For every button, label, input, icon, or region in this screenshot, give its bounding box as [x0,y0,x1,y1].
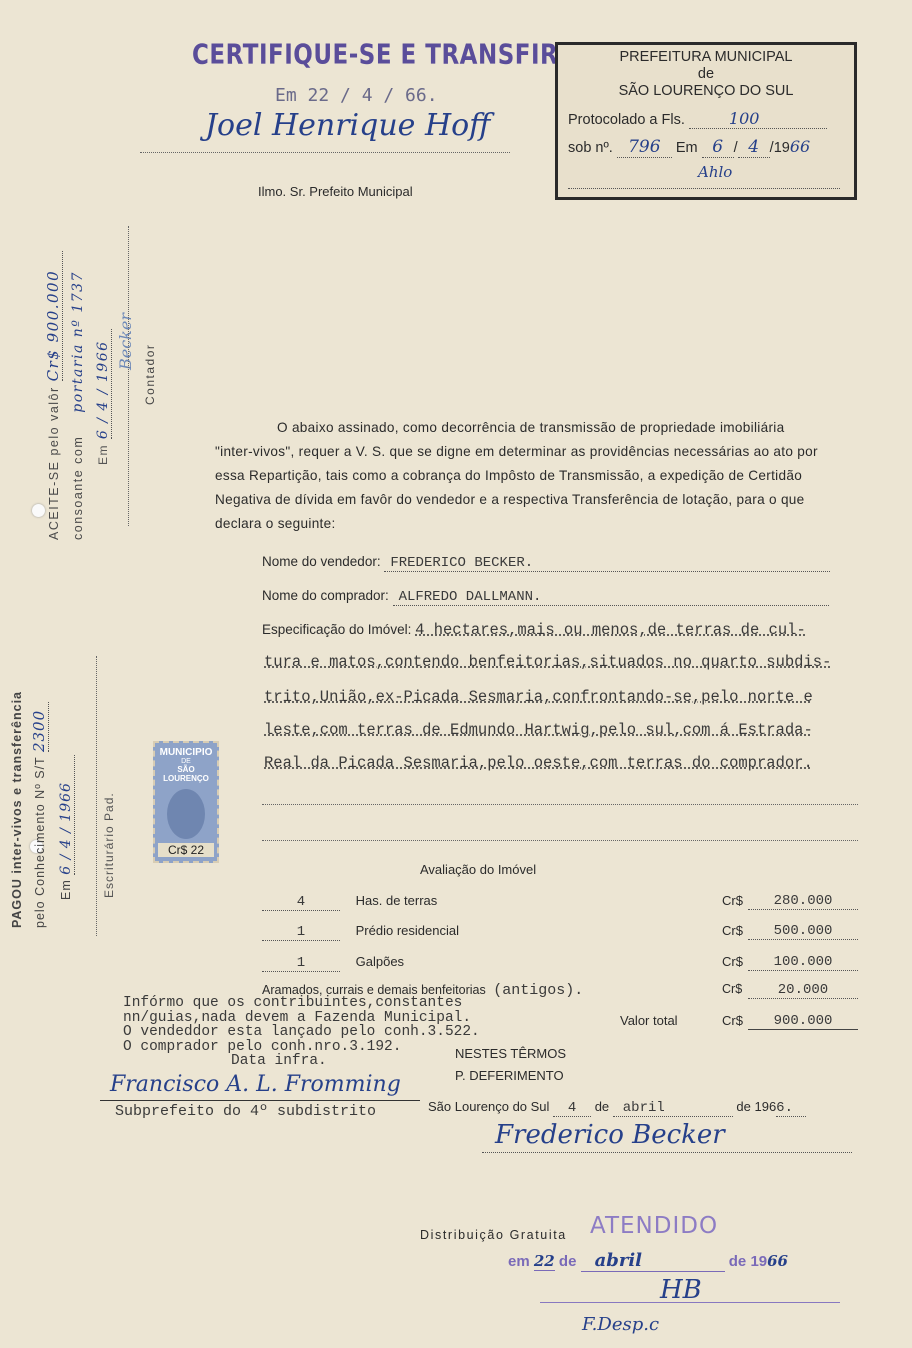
note-line: nn/guias,nada devem a Fazenda Municipal. [123,1011,480,1026]
box-title-2: de [558,66,854,82]
spec-line: Real da Picada Sesmaria,pelo oeste,com t… [264,754,813,772]
stamp-em: em [508,1253,530,1270]
month-value: 4 [748,137,759,157]
closing-line-1: NESTES TÊRMOS [455,1046,566,1061]
stamp-day: 22 [534,1252,555,1271]
em-line-top: Em 6 / 4 / 1966 [95,329,112,465]
closing-line-2: P. DEFERIMENTO [455,1068,564,1083]
distribution-label: Distribuição Gratuita [420,1228,567,1242]
valuation-value: 100.000 [748,954,858,971]
escriturario-label: Escriturário Pad. [102,792,116,898]
date-place-row: São Lourenço do Sul 4 de abril de 1966. [428,1099,806,1117]
em-value-bottom: 6 / 4 / 1966 [58,755,75,875]
valuation-row: 1 Galpões Cr$ 100.000 [262,954,858,972]
box-title-3: SÃO LOURENÇO DO SUL [558,83,854,99]
top-signature: Joel Henrique Hoff [205,108,490,143]
spec-row: Especificação do Imóvel: 4 hectares,mais… [262,621,806,639]
note-line: O comprador pelo conh.nro.3.192. [123,1040,480,1055]
atendido-date: em 22 de abril de 1966 [508,1250,788,1272]
valuation-qty: 4 [262,894,340,911]
punch-hole-top [32,504,45,517]
sob-row: sob nº. 796 Em 6/4/1966 [568,137,810,158]
valuation-title: Avaliação do Imóvel [420,862,536,877]
closing-month: abril [613,1100,733,1117]
fls-label: Protocolado a Fls. [568,112,685,128]
paragraph-line: "inter-vivos", requer a V. S. que se dig… [215,440,855,464]
em-label-bottom: Em [59,879,73,900]
de-year-label: de 196 [736,1099,776,1114]
spec-line: leste,com terras de Edmundo Hartwig,pelo… [264,721,813,739]
valuation-total-row: Valor total Cr$ 900.000 [620,1013,860,1028]
fls-value: 100 [729,109,760,128]
blank-line [262,840,858,841]
buyer-label: Nome do comprador: [262,588,389,603]
valuation-note: (antigos). [493,982,583,999]
year-prefix: 19 [774,140,790,156]
em-label-top: Em [96,444,110,465]
spec-line: 4 hectares,mais ou menos,de terras de cu… [415,621,806,639]
em-line-bottom: Em 6 / 4 / 1966 [58,755,75,900]
paragraph-line: declara o seguinte: [215,512,855,536]
valuation-row: 4 Has. de terras Cr$ 280.000 [262,893,858,911]
box-bottom-line [568,188,840,189]
stamp-de2: de 19 [729,1253,767,1270]
footer-line [540,1302,840,1303]
stamp-de: de [559,1253,577,1270]
currency-label: Cr$ [722,893,743,908]
document-page: CERTIFIQUE-SE E TRANSFIRA-SE Em 22 / 4 /… [0,0,912,1348]
note-line: Data infra. [123,1054,480,1069]
spec-line: trito,União,ex-Picada Sesmaria,confronta… [264,688,813,706]
currency-label: Cr$ [722,1013,743,1028]
em-label: Em [676,140,698,156]
fls-row: Protocolado a Fls. 100 [568,109,827,129]
total-label: Valor total [620,1013,678,1028]
day-value: 6 [712,137,723,157]
valuation-qty: 1 [262,955,340,972]
consoante-value: portaria nº 1737 [70,271,86,413]
footer-initials: HB [660,1275,702,1305]
valuation-item: Galpões [356,954,404,969]
closing-day: 4 [553,1100,591,1117]
aceite-label: ACEITE-SE pelo valôr [47,386,61,540]
sob-label: sob nº. [568,140,613,156]
spec-label: Especificação do Imóvel: [262,622,411,637]
note-line: Infórmo que os contribuintes,constantes [123,996,480,1011]
valuation-value: 280.000 [748,893,858,910]
stamp-date: Em 22 / 4 / 66. [275,85,438,106]
em-value-top: 6 / 4 / 1966 [95,329,112,439]
addressee: Ilmo. Sr. Prefeito Municipal [258,184,413,199]
protocol-box: PREFEITURA MUNICIPAL de SÃO LOURENÇO DO … [555,42,857,200]
stamp-year: 66 [767,1252,788,1270]
buyer-row: Nome do comprador: ALFREDO DALLMANN. [262,588,829,606]
fls-field: 100 [689,109,827,129]
tax-stamp: MUNICIPIO DE SÃO LOURENÇO Cr$ 22 [153,741,219,863]
footer-note: F.Desp.c [582,1314,659,1335]
stamp-title: MUNICIPIO [155,747,217,758]
contador-signature: Becker [116,313,135,370]
stamp-month: abril [581,1250,725,1272]
currency-label: Cr$ [722,954,743,969]
atendido-stamp: ATENDIDO [590,1213,718,1239]
subprefeito-line [100,1100,420,1101]
stamp-value: Cr$ 22 [158,843,214,857]
valuation-qty: 1 [262,924,340,941]
portrait-icon [167,789,205,839]
valuation-value: 500.000 [748,923,858,940]
spec-line: tura e matos,contendo benfeitorias,situa… [264,653,831,671]
valuation-item: Prédio residencial [356,923,459,938]
valuation-item: Has. de terras [356,893,438,908]
seller-row: Nome do vendedor: FREDERICO BECKER. [262,554,830,572]
paragraph-line: Negativa de dívida em favôr do vendedor … [215,488,855,512]
paragraph-line: essa Repartição, tais como a cobrança do… [215,464,855,488]
seller-label: Nome do vendedor: [262,554,381,569]
pagou-line: PAGOU inter-vivos e transferência [10,691,24,928]
info-note: Infórmo que os contribuintes,constantes … [123,996,480,1069]
margin-divider-top [128,226,129,526]
request-paragraph: O abaixo assinado, como decorrência de t… [215,416,855,536]
note-line: O vendeddor esta lançado pelo conh.3.522… [123,1025,480,1040]
contador-label: Contador [143,344,157,405]
seller-signature-line [482,1152,852,1153]
box-title-1: PREFEITURA MUNICIPAL [558,49,854,65]
stamp-de: DE [155,758,217,765]
seller-value: FREDERICO BECKER. [384,555,830,572]
place: São Lourenço do Sul [428,1099,549,1114]
year-suffix: 66 [790,137,810,156]
stamp-city: SÃO LOURENÇO [155,765,217,783]
valuation-value: 20.000 [748,982,858,999]
conhecimento-line: pelo Conhecimento Nº S/T 2300 [30,702,49,928]
conhecimento-label: pelo Conhecimento Nº S/T [33,757,47,928]
currency-label: Cr$ [722,982,742,996]
sob-value: 796 [628,137,660,157]
valuation-row: 1 Prédio residencial Cr$ 500.000 [262,923,858,941]
aceite-line: ACEITE-SE pelo valôr Cr$ 900.000 [44,251,63,540]
consoante-line: consoante com portaria nº 1737 [70,271,86,540]
de-label: de [595,1099,609,1114]
closing-year: 6. [776,1100,806,1117]
seller-signature: Frederico Becker [495,1120,725,1150]
total-value: 900.000 [748,1013,858,1030]
margin-divider-bottom [96,656,97,936]
signature-line [140,152,510,153]
paragraph-line: O abaixo assinado, como decorrência de t… [215,416,855,440]
subprefeito-title: Subprefeito do 4º subdistrito [115,1103,376,1120]
buyer-value: ALFREDO DALLMANN. [393,589,829,606]
box-initials: Ahlo [698,163,732,181]
consoante-label: consoante com [71,436,85,540]
subprefeito-signature: Francisco A. L. Fromming [110,1072,401,1097]
currency-label: Cr$ [722,923,743,938]
conhecimento-value: 2300 [30,702,49,752]
aceite-value: Cr$ 900.000 [44,251,63,381]
blank-line [262,804,858,805]
